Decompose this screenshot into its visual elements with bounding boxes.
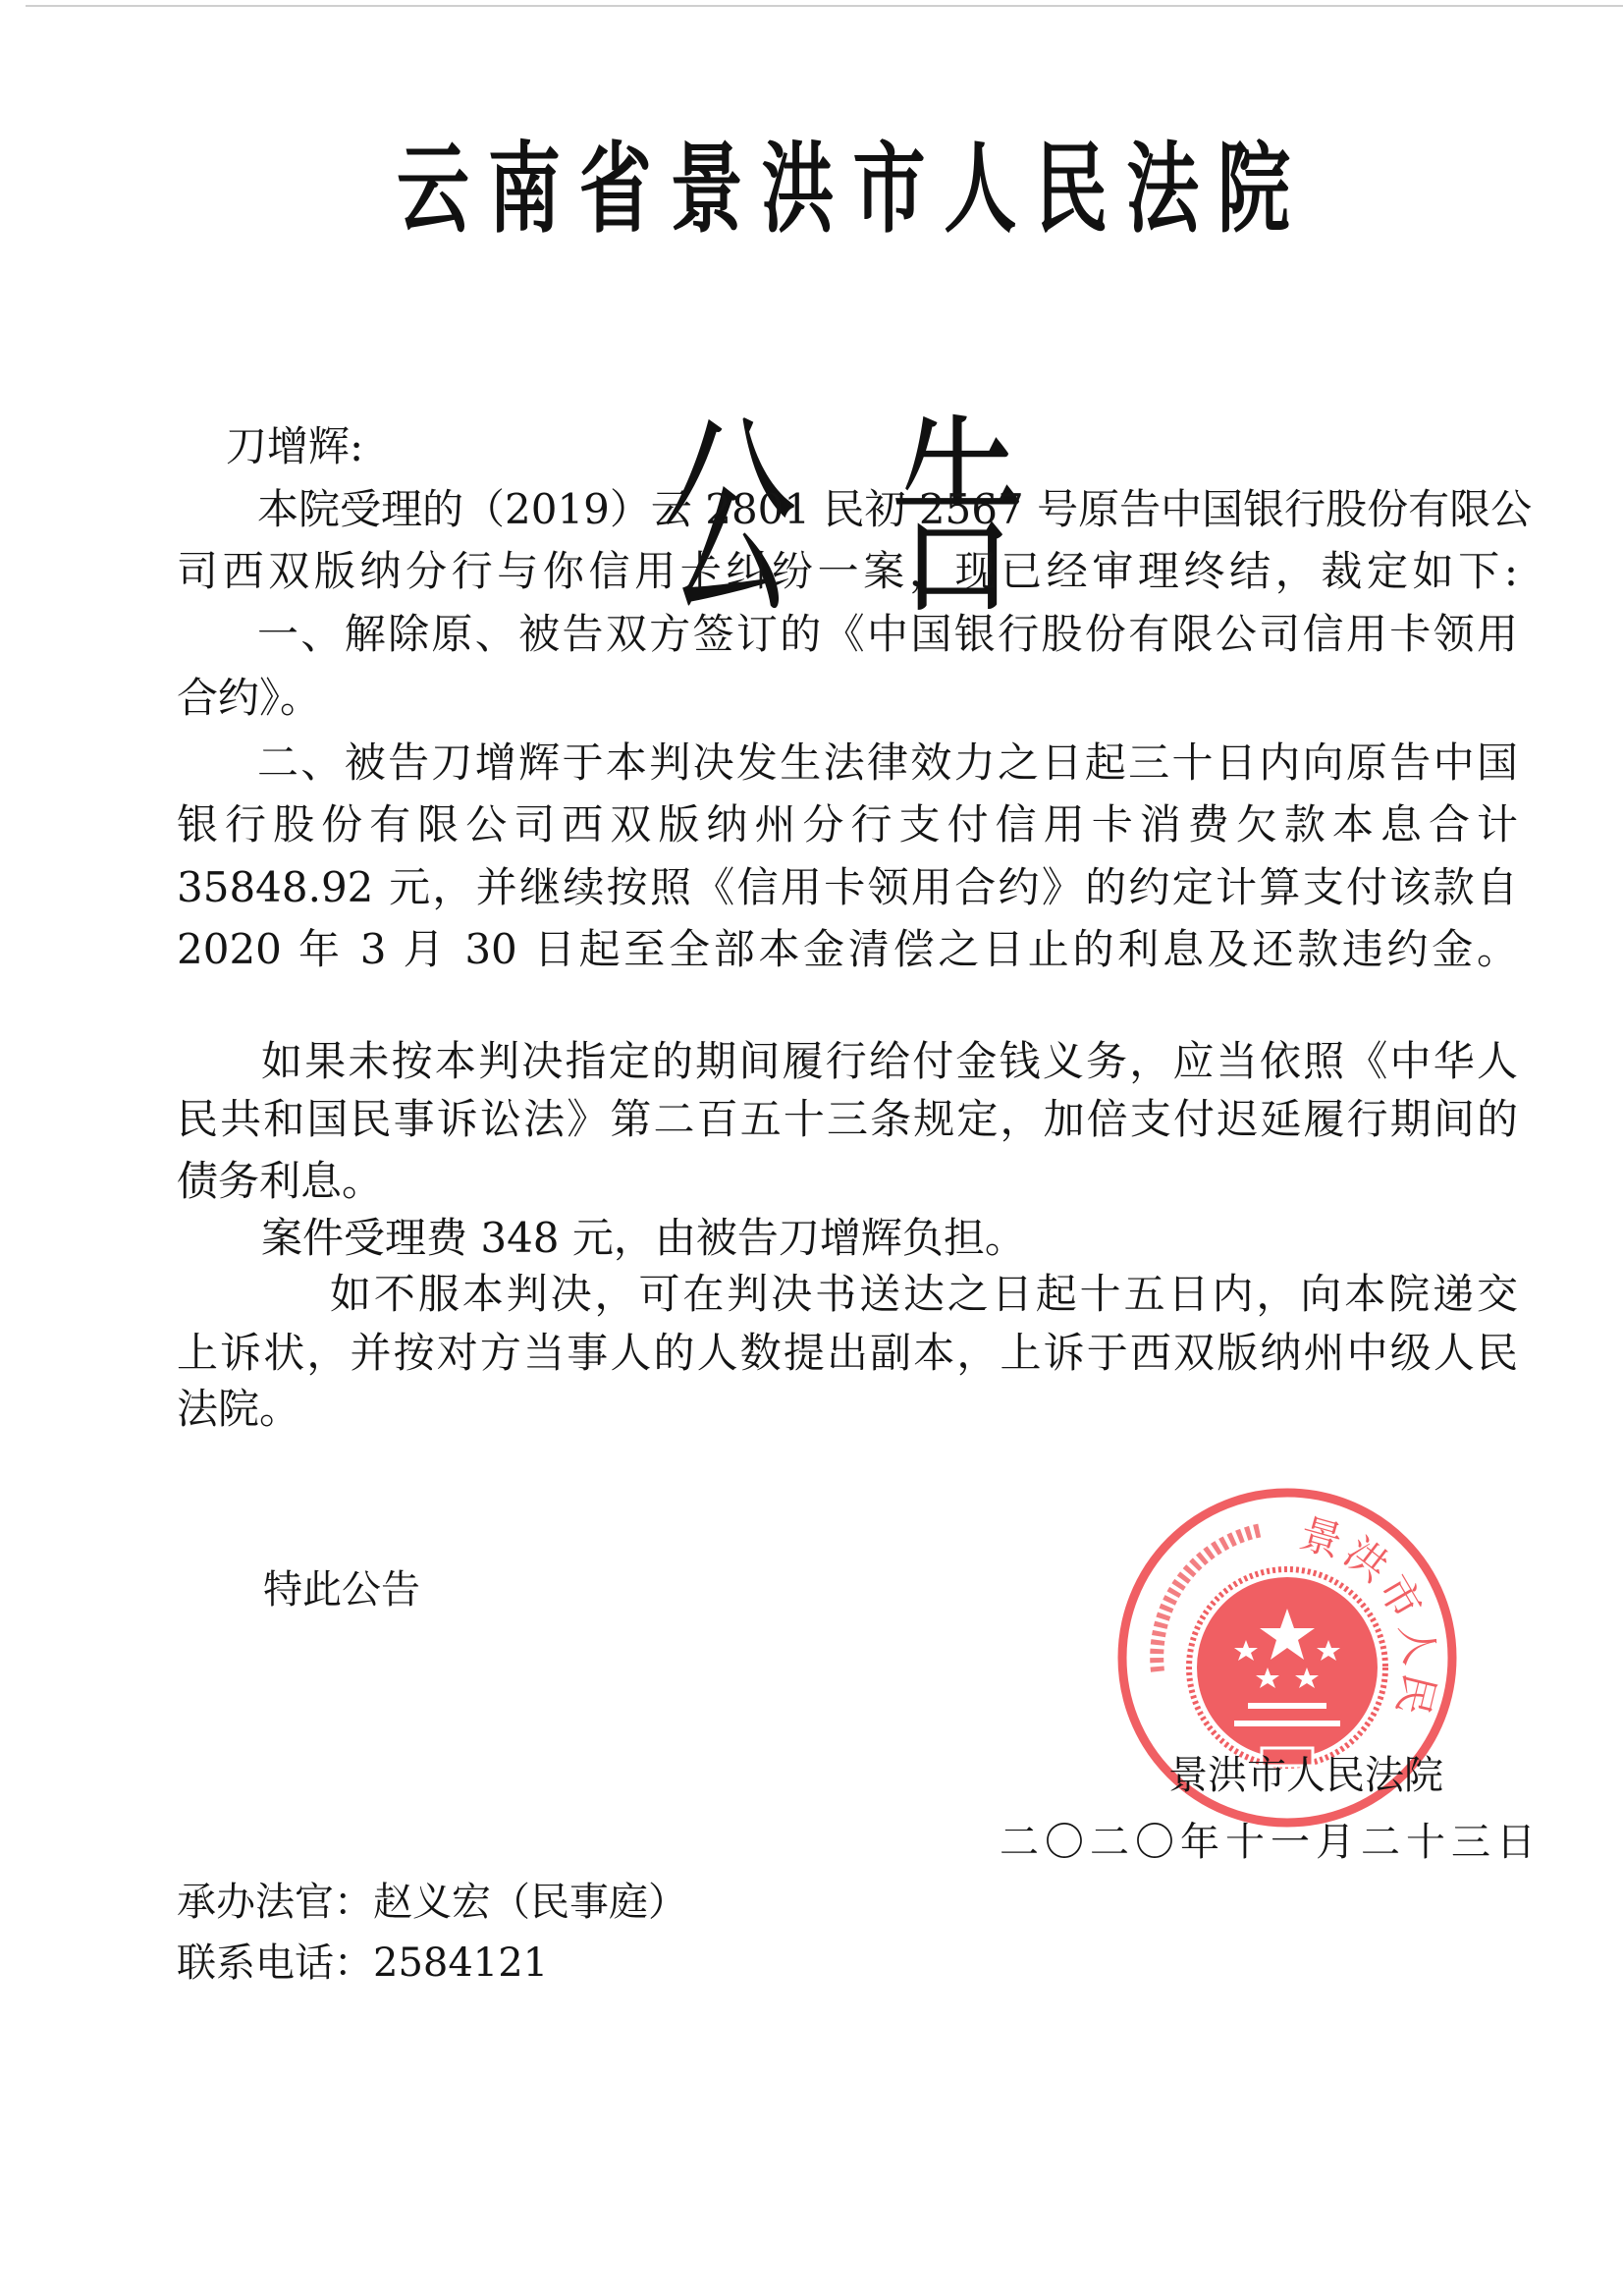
phone-contact: 联系电话：2584121: [177, 1939, 548, 1988]
paragraph-line: 案件受理费 348 元，由被告刀增辉负担。: [261, 1214, 1026, 1263]
paragraph-line: 35848.92 元，并继续按照《信用卡领用合约》的约定计算支付该款自: [177, 863, 1518, 912]
addressee: 刀增辉:: [226, 422, 363, 471]
paragraph-line: 上诉状，并按对方当事人的人数提出副本，上诉于西双版纳州中级人民: [177, 1329, 1518, 1378]
paragraph-line: 如果未按本判决指定的期间履行给付金钱义务，应当依照《中华人: [261, 1037, 1518, 1086]
judge-contact: 承办法官：赵义宏（民事庭）: [177, 1878, 687, 1927]
paragraph-line: 本院受理的（2019）云 2801 民初 2567 号原告中国银行股份有限公: [257, 485, 1518, 534]
paragraph-line: 民共和国民事诉讼法》第二百五十三条规定，加倍支付迟延履行期间的: [177, 1095, 1518, 1144]
paragraph-line: 二、被告刀增辉于本判决发生法律效力之日起三十日内向原告中国: [257, 738, 1518, 788]
signature-date: 二〇二〇年十一月二十三日: [1000, 1819, 1542, 1866]
paragraph-line: 如不服本判决，可在判决书送达之日起十五日内，向本院递交: [330, 1270, 1518, 1319]
signature-court: 景洪市人民法院: [1168, 1752, 1443, 1799]
paragraph-line: 司西双版纳分行与你信用卡纠纷一案，现已经审理终结，裁定如下:: [177, 547, 1518, 596]
paragraph-line: 法院。: [177, 1385, 300, 1434]
scan-edge-line: [26, 5, 1623, 7]
paragraph-line: 合约》。: [177, 674, 321, 723]
closing-text: 特此公告: [263, 1565, 420, 1614]
paragraph-line: 债务利息。: [177, 1157, 383, 1206]
court-header: 云南省景洪市人民法院: [397, 103, 1290, 276]
paragraph-line: 一、解除原、被告双方签订的《中国银行股份有限公司信用卡领用: [257, 610, 1518, 659]
paragraph-line: 银行股份有限公司西双版纳州分行支付信用卡消费欠款本息合计: [177, 800, 1518, 849]
paragraph-line: 2020 年 3 月 30 日起至全部本金清偿之日止的利息及还款违约金。: [177, 925, 1518, 974]
